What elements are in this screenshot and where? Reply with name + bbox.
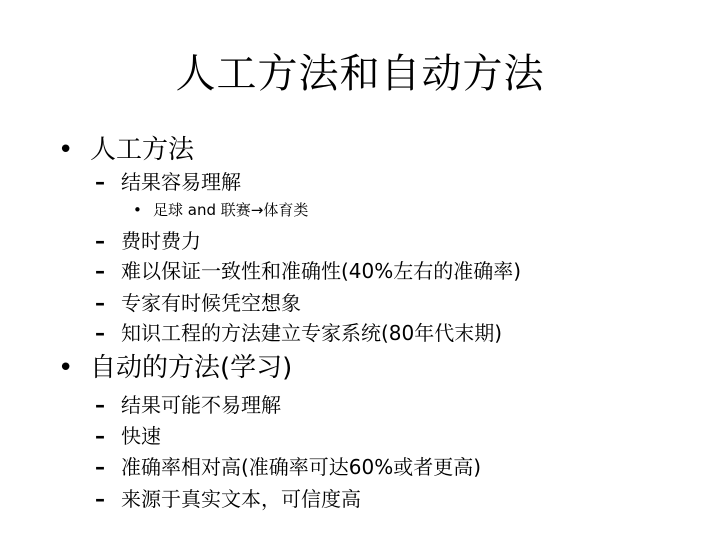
dash-marker: – xyxy=(95,228,105,254)
bullet-dot: • xyxy=(58,352,73,384)
bullet-text: 难以保证一致性和准确性(40%左右的准确率) xyxy=(121,259,521,283)
bullet-text: 快速 xyxy=(121,424,161,448)
bullet-level1: • 人工方法 xyxy=(90,134,194,166)
slide-title: 人工方法和自动方法 xyxy=(0,48,720,100)
bullet-level2: – 快速 xyxy=(121,423,161,449)
dash-marker: – xyxy=(95,392,105,418)
dash-marker: – xyxy=(95,454,105,480)
bullet-level2: – 结果容易理解 xyxy=(121,169,241,195)
bullet-text: 知识工程的方法建立专家系统(80年代末期) xyxy=(121,321,502,345)
bullet-dot: • xyxy=(58,134,73,166)
bullet-dot: • xyxy=(133,200,142,220)
dash-marker: – xyxy=(95,486,105,512)
bullet-level2: – 准确率相对高(准确率可达60%或者更高) xyxy=(121,454,481,480)
bullet-level2: – 费时费力 xyxy=(121,228,201,254)
bullet-text: 人工方法 xyxy=(90,135,194,165)
bullet-text: 专家有时候凭空想象 xyxy=(121,291,301,315)
bullet-text: 结果可能不易理解 xyxy=(121,393,281,417)
bullet-text: 费时费力 xyxy=(121,229,201,253)
dash-marker: – xyxy=(95,423,105,449)
bullet-level2: – 专家有时候凭空想象 xyxy=(121,290,301,316)
bullet-level2: – 来源于真实文本，可信度高 xyxy=(121,486,361,512)
bullet-text: 结果容易理解 xyxy=(121,170,241,194)
dash-marker: – xyxy=(95,258,105,284)
bullet-level2: – 结果可能不易理解 xyxy=(121,392,281,418)
bullet-level2: – 难以保证一致性和准确性(40%左右的准确率) xyxy=(121,258,521,284)
bullet-level2: – 知识工程的方法建立专家系统(80年代末期) xyxy=(121,320,502,346)
dash-marker: – xyxy=(95,320,105,346)
bullet-level3: • 足球 and 联赛→体育类 xyxy=(153,200,308,220)
bullet-level1: • 自动的方法(学习) xyxy=(90,352,292,384)
bullet-text: 准确率相对高(准确率可达60%或者更高) xyxy=(121,455,481,479)
bullet-text: 足球 and 联赛→体育类 xyxy=(153,201,308,219)
bullet-text: 来源于真实文本，可信度高 xyxy=(121,487,361,511)
bullet-text: 自动的方法(学习) xyxy=(90,353,292,383)
dash-marker: – xyxy=(95,290,105,316)
dash-marker: – xyxy=(95,169,105,195)
